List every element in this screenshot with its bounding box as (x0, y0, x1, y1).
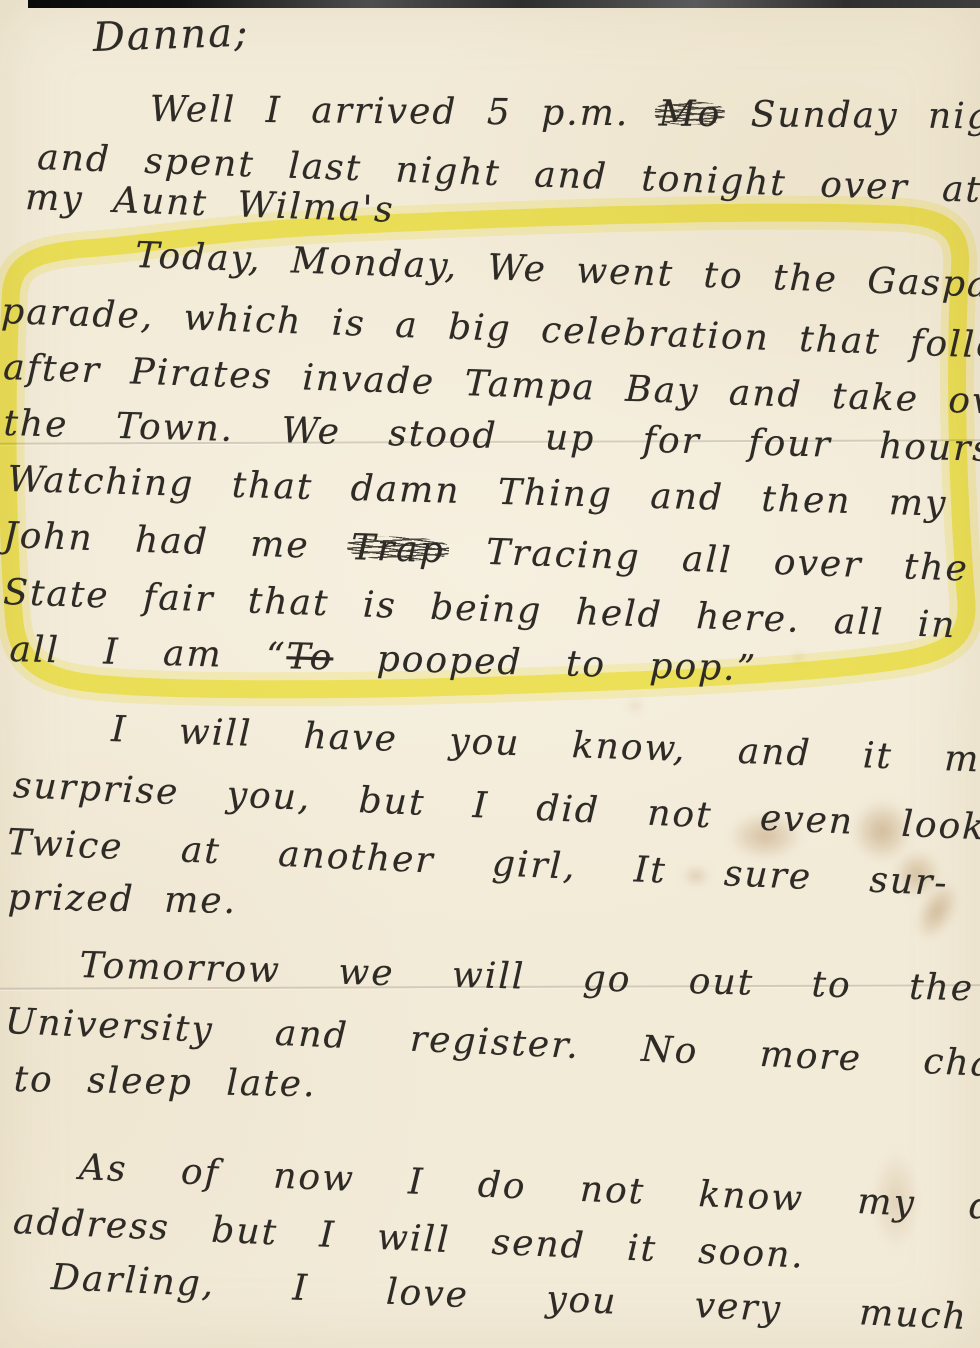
letter-line: Well I arrived 5 p.m. Mo Sunday night (150, 90, 980, 137)
scribbled-out-word: Mo (659, 94, 722, 134)
greeting-line: Danna; (92, 11, 250, 60)
letter-line: Watching that damn Thing and then my cou… (7, 460, 980, 529)
letter-line: Today, Monday, We went to the Gasparilla (135, 236, 980, 308)
text-segment: Today, Monday, We went to the Gasparilla (135, 235, 980, 309)
text-segment: John had me (3, 515, 352, 568)
letter-line: prized me. (7, 878, 237, 922)
letter-body: Danna;Well I arrived 5 p.m. Mo Sunday ni… (0, 0, 980, 1348)
text-segment: Watching that damn Thing and then my cou… (7, 459, 980, 529)
text-segment: prized me. (7, 877, 237, 922)
text-segment: Tomorrow we will go out to the (79, 945, 975, 1009)
letter-line: Darling, I love you very much (50, 1258, 968, 1338)
text-segment: Well I arrived 5 p.m. (150, 89, 659, 134)
text-segment: all I am “ (9, 629, 287, 677)
letter-line: Tomorrow we will go out to the (79, 946, 975, 1009)
text-segment: Danna; (92, 10, 250, 61)
letter-page: Danna;Well I arrived 5 p.m. Mo Sunday ni… (0, 0, 980, 1348)
letter-line: to sleep late. (13, 1060, 317, 1105)
text-segment: Tracing all over the (444, 530, 969, 589)
text-segment: to sleep late. (13, 1059, 317, 1105)
text-segment: pooped to pop.” (333, 637, 758, 689)
scribbled-out-word: Trap (350, 528, 445, 571)
corrected-word: To (286, 636, 334, 678)
letter-line: I will have you know, and it may (111, 710, 980, 782)
text-segment: I will have you know, and it may (111, 709, 980, 782)
letter-line: all I am “To pooped to pop.” (9, 630, 758, 689)
text-segment: Darling, I love you very much (50, 1257, 968, 1338)
text-segment: Sunday night (721, 94, 980, 138)
